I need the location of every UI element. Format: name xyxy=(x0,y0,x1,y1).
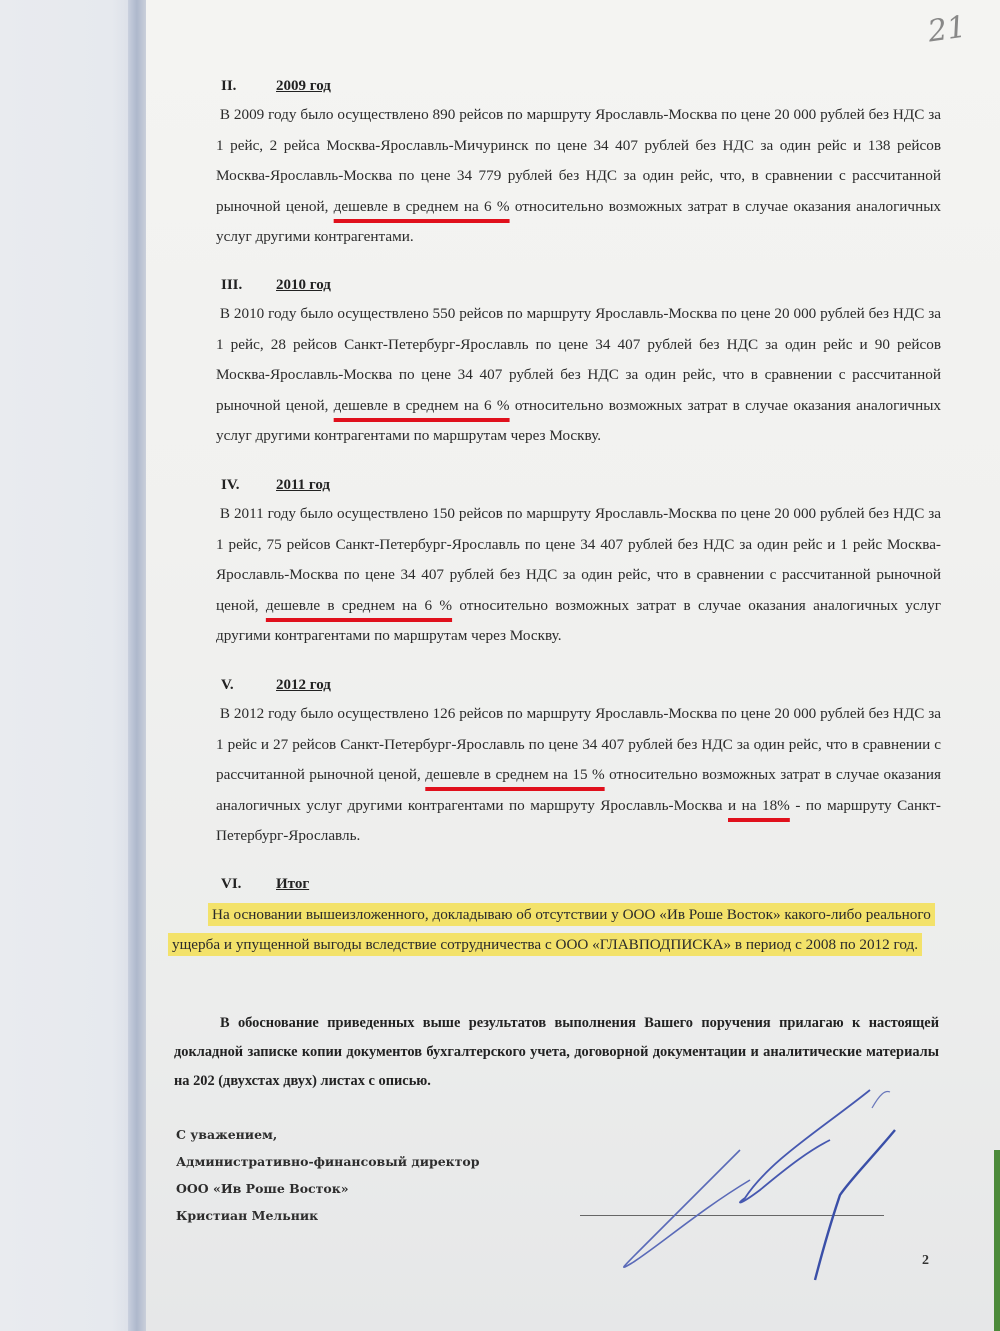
section-paragraph-2011: В 2011 году было осуществлено 150 рейсов… xyxy=(216,499,941,652)
handwritten-signature-icon xyxy=(560,1080,1000,1331)
section-heading-2009: II.2009 год xyxy=(221,78,331,95)
summary-paragraph: На основании вышеизложенного, докладываю… xyxy=(168,900,943,960)
previous-page-edge xyxy=(0,0,140,1331)
red-underline-highlight: дешевле в среднем на 6 % xyxy=(334,397,510,414)
red-underline-highlight-2: и на 18% xyxy=(728,797,790,814)
closing: С уважением, xyxy=(176,1121,480,1148)
signer-company: ООО «Ив Роше Восток» xyxy=(176,1175,480,1202)
handwritten-page-number: 21 xyxy=(926,10,969,50)
section-paragraph-2010: В 2010 году было осуществлено 550 рейсов… xyxy=(216,299,941,452)
signature-block: С уважением, Административно-финансовый … xyxy=(176,1121,480,1229)
red-underline-highlight: дешевле в среднем на 6 % xyxy=(334,198,510,215)
signer-name: Кристиан Мельник xyxy=(176,1202,480,1229)
section-heading-2010: III.2010 год xyxy=(221,277,331,294)
page-number: 2 xyxy=(922,1253,929,1269)
section-paragraph-2009: В 2009 году было осуществлено 890 рейсов… xyxy=(216,100,941,253)
section-heading-2012: V.2012 год xyxy=(221,677,331,694)
signer-position: Административно-финансовый директор xyxy=(176,1148,480,1175)
section-heading-summary: VI.Итог xyxy=(221,876,309,893)
red-underline-highlight: дешевле в среднем на 6 % xyxy=(266,597,452,614)
section-heading-2011: IV.2011 год xyxy=(221,477,330,494)
red-underline-highlight: дешевле в среднем на 15 % xyxy=(425,766,604,783)
section-paragraph-2012: В 2012 году было осуществлено 126 рейсов… xyxy=(216,699,941,852)
yellow-highlight: На основании вышеизложенного, докладываю… xyxy=(168,903,935,956)
